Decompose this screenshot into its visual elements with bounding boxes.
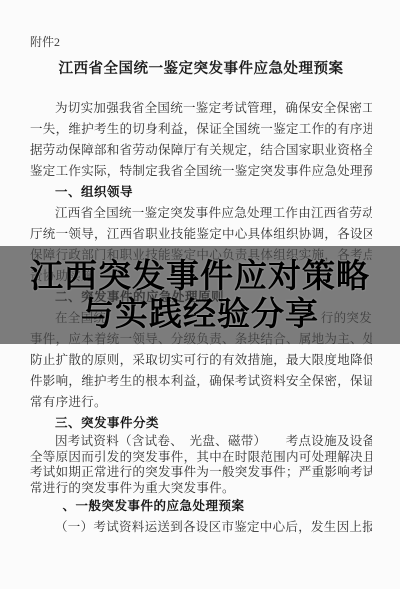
text-line: 件影响，维护考生的根本利益，确保考试资料安全保密，保证考试正 <box>30 371 372 392</box>
intro-paragraph: 为切实加强我省全国统一鉴定考试管理，确保安全保密工作万无 一失，维护考生的切身利… <box>30 98 372 182</box>
text-line: 常进行的突发事件为重大突发事件。 <box>30 481 372 497</box>
text-line: 防止扩散的原则，采取切实可行的有效措施，最大限度地降低突发事 <box>30 350 372 371</box>
section-heading-1: 一、组织领导 <box>30 182 372 203</box>
overlay-title-line1: 江西突发事件应对策略 <box>30 257 370 295</box>
section-heading-4: 、一般突发事件的应急处理预案 <box>30 496 372 517</box>
text-line: 全等原因而引发的突发事件，其中在时限范围内可处理解决且不影响 <box>30 450 372 466</box>
section3-paragraph: 因考试资料（含试卷、 光盘、磁带） 考点设施及设备、考生安 全等原因而引发的突发… <box>30 434 372 496</box>
text-line: 江西省全国统一鉴定突发事件应急处理工作由江西省劳动保障 <box>30 203 372 224</box>
text-line: 厅统一领导，江西省职业技能鉴定中心具体组织协调，各设区市劳动 <box>30 224 372 245</box>
attachment-label: 附件2 <box>30 34 372 50</box>
section4-paragraph: （一）考试资料运送到各设区市鉴定中心后，发生因上报数据有 <box>30 517 372 538</box>
text-line: 常有序进行。 <box>30 392 372 413</box>
overlay-title-banner: 江西突发事件应对策略 与实践经验分享 <box>0 246 400 344</box>
text-line: 鉴定工作实际，特制定我省全国统一鉴定突发事件应急处理预案。 <box>30 161 372 182</box>
document-title: 江西省全国统一鉴定突发事件应急处理预案 <box>30 58 372 80</box>
text-line: 据劳动保障部和省劳动保障厅有关规定，结合国家职业资格全国统一 <box>30 140 372 161</box>
text-line: （一）考试资料运送到各设区市鉴定中心后，发生因上报数据有 <box>30 517 372 538</box>
overlay-title-line2: 与实践经验分享 <box>81 295 319 333</box>
text-line: 为切实加强我省全国统一鉴定考试管理，确保安全保密工作万无 <box>30 98 372 119</box>
scanned-document-page: 附件2 江西省全国统一鉴定突发事件应急处理预案 为切实加强我省全国统一鉴定考试管… <box>0 0 400 589</box>
text-line: 考试如期正常进行的突发事件为一般突发事件；严重影响考试如期正 <box>30 465 372 481</box>
section-heading-3: 三、突发事件分类 <box>30 413 372 434</box>
text-line: 一失，维护考生的切身利益，保证全国统一鉴定工作的有序进行，根 <box>30 119 372 140</box>
text-line: 因考试资料（含试卷、 光盘、磁带） 考点设施及设备、考生安 <box>30 434 372 450</box>
